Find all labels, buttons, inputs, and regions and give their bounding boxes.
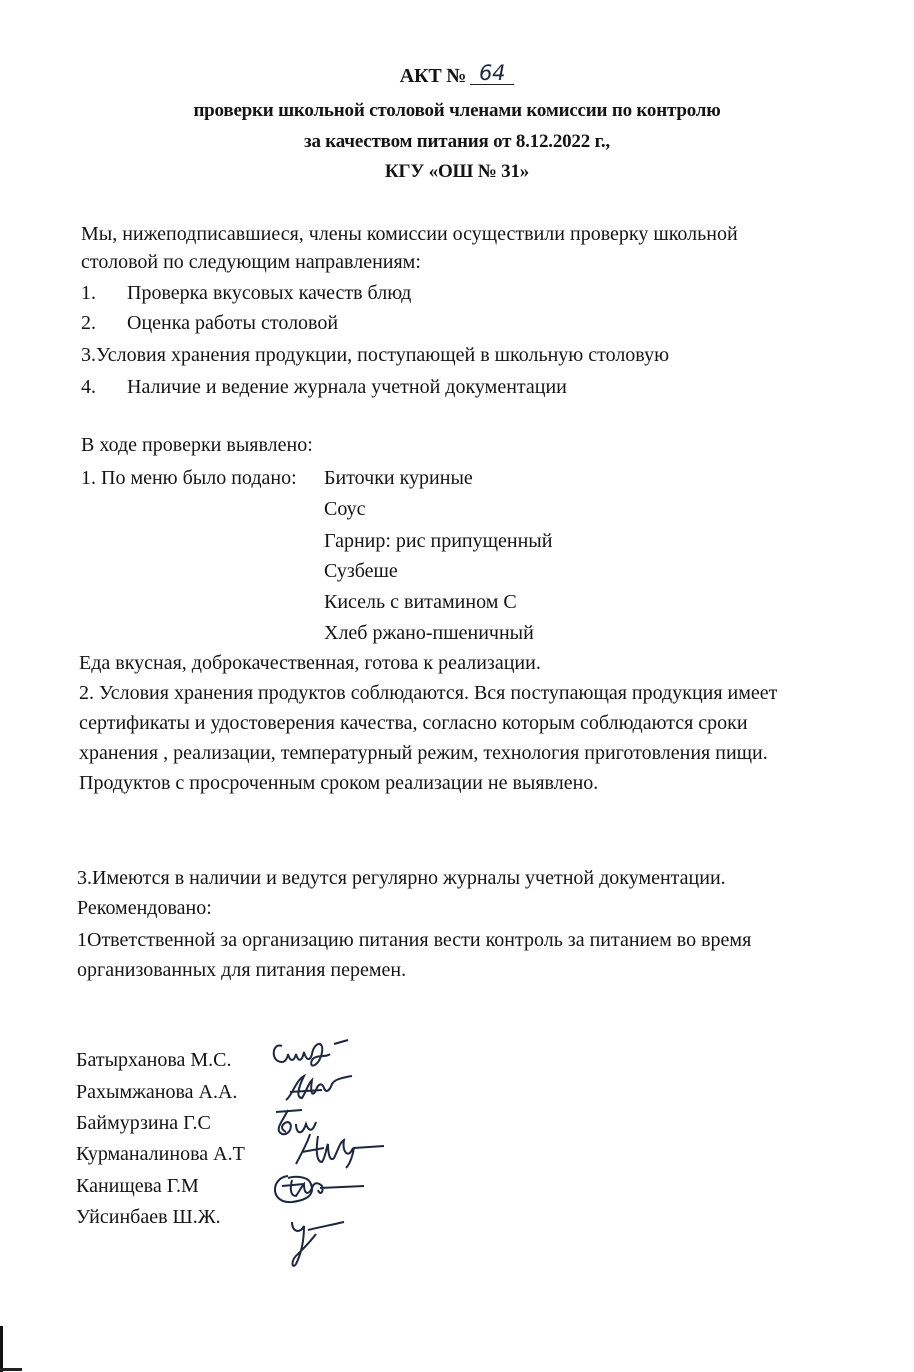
food-verdict: Еда вкусная, доброкачественная, готова к… xyxy=(79,651,541,675)
signatory-name: Баймурзина Г.С xyxy=(76,1112,211,1135)
signature-5-icon xyxy=(268,1168,368,1212)
direction-text: Проверка вкусовых качеств блюд xyxy=(127,282,411,304)
menu-item: Соус xyxy=(324,497,365,521)
act-label: АКТ № xyxy=(400,65,466,87)
recommendations-heading: Рекомендовано: xyxy=(77,896,212,920)
menu-item: Гарнир: рис припущенный xyxy=(324,529,552,553)
storage-line: сертификаты и удостоверения качества, со… xyxy=(79,711,748,735)
signatory-name: Батырханова М.С. xyxy=(76,1049,232,1072)
direction-text: Наличие и ведение журнала учетной докуме… xyxy=(127,376,567,398)
direction-item: 1.Проверка вкусовых качеств блюд xyxy=(81,281,411,305)
storage-line: 2. Условия хранения продуктов соблюдаютс… xyxy=(79,681,777,705)
direction-number: 4. xyxy=(81,375,127,399)
menu-item: Биточки куриные xyxy=(324,466,473,490)
intro-line-2: столовой по следующим направлениям: xyxy=(81,250,421,274)
recommendation-line: организованных для питания перемен. xyxy=(77,958,406,982)
journals-line: 3.Имеются в наличии и ведутся регулярно … xyxy=(77,866,726,890)
intro-line-1: Мы, нижеподписавшиеся, члены комиссии ос… xyxy=(81,222,738,246)
signature-2-icon xyxy=(282,1070,362,1106)
signature-6-icon xyxy=(286,1212,356,1272)
direction-item: 3.Условия хранения продукции, поступающе… xyxy=(81,343,669,367)
scan-edge-artifact xyxy=(0,1326,3,1372)
menu-item: Сузбеше xyxy=(324,559,398,583)
direction-number: 2. xyxy=(81,311,127,335)
direction-text: 3.Условия хранения продукции, поступающе… xyxy=(81,344,669,366)
menu-item: Хлеб ржано-пшеничный xyxy=(324,621,534,645)
direction-text: Оценка работы столовой xyxy=(127,312,338,334)
menu-label: 1. По меню было подано: xyxy=(81,466,297,490)
signatory-name: Курманалинова А.Т xyxy=(76,1143,245,1166)
act-subtitle-line2: за качеством питания от 8.12.2022 г., xyxy=(0,131,914,153)
signature-4-icon xyxy=(290,1128,390,1172)
scan-edge-artifact xyxy=(0,1368,22,1371)
act-subtitle-line1: проверки школьной столовой членами комис… xyxy=(0,100,914,122)
menu-item: Кисель с витамином С xyxy=(324,590,517,614)
direction-item: 4.Наличие и ведение журнала учетной доку… xyxy=(81,375,567,399)
findings-heading: В ходе проверки выявлено: xyxy=(81,433,313,457)
direction-item: 2.Оценка работы столовой xyxy=(81,311,338,335)
act-number-handwritten: 64 xyxy=(470,62,514,85)
storage-line: Продуктов с просроченным сроком реализац… xyxy=(79,771,598,795)
recommendation-line: 1Ответственной за организацию питания ве… xyxy=(77,928,751,952)
direction-number: 1. xyxy=(81,281,127,305)
signature-1-icon xyxy=(268,1032,358,1072)
signatory-name: Канищева Г.М xyxy=(76,1175,199,1198)
signatory-name: Уйсинбаев Ш.Ж. xyxy=(76,1206,221,1229)
act-title: АКТ №64 xyxy=(0,64,914,88)
storage-line: хранения , реализации, температурный реж… xyxy=(79,741,768,765)
organization-name: КГУ «ОШ № 31» xyxy=(0,161,914,183)
signatory-name: Рахымжанова А.А. xyxy=(76,1081,237,1104)
